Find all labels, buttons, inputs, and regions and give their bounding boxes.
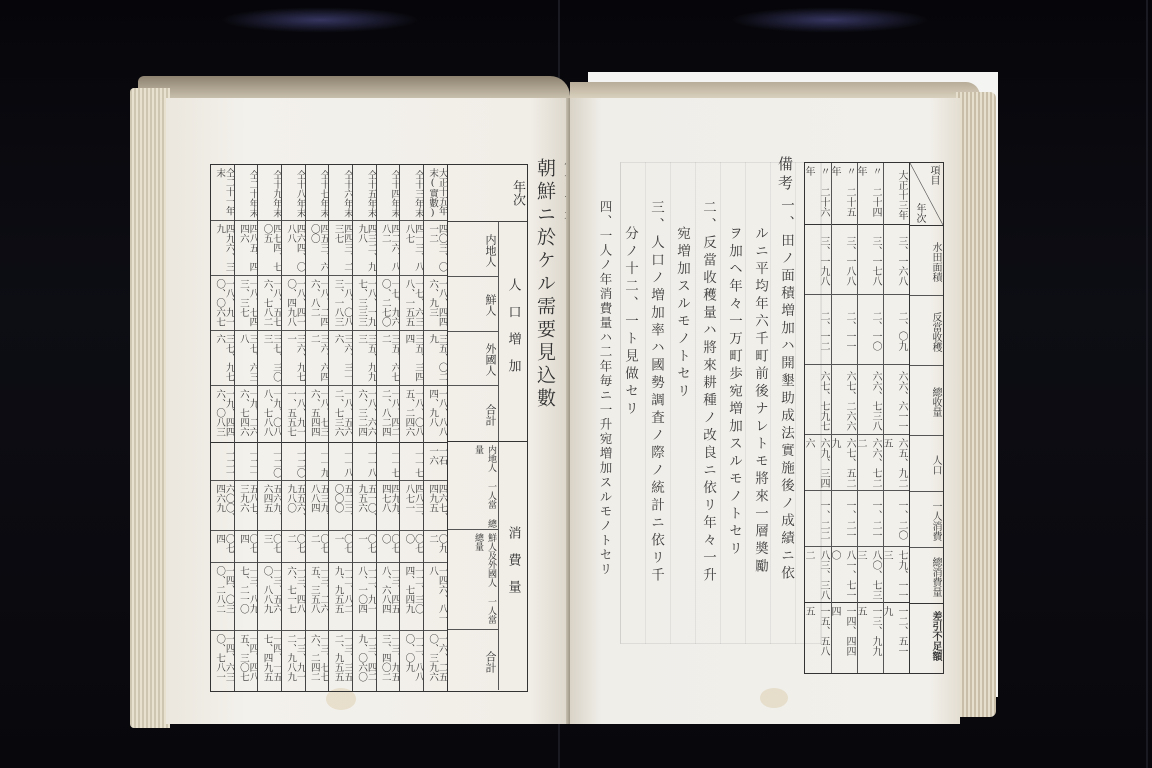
year-column: 仝十五年末 四三二、九九八 一八、一九七、三三三 三五、九九三 一八、六六六、三…: [352, 165, 376, 691]
row-header-yield: 反當收穫: [910, 296, 943, 366]
gaikoku-cell: 三七、六三八: [235, 331, 258, 386]
consumption-cell: 八一、七一〇: [832, 547, 857, 603]
consumption-total-cell: 一三、九一二、九八九: [282, 631, 305, 691]
consumption-cell: 八〇、七三三: [858, 547, 883, 603]
harvest-cell: 六六、七三八: [858, 365, 883, 435]
population-consumption-table: 年次 人口増加 内地人 鮮人 外國人 合計 消費量 内地人 一人當 總量 鮮人及…: [210, 164, 528, 692]
naichi-total-cell: 四九九、四七八: [377, 481, 400, 531]
notes-section: 備考 一、田ノ面積増加ハ開墾助成法實施後ノ成績ニ依 ルニ平均年六千町前後ナレトモ…: [596, 156, 796, 676]
senjin-per-capita-cell: 〇七〇: [400, 531, 423, 563]
gaikoku-cell: 三六、九七一: [282, 331, 305, 386]
deficit-cell: 一三、九九五: [858, 603, 883, 663]
year-column: 〃 二十五年 三、一八八 二、一一 六七、二六六 六七、五二九 一、二一 八一、…: [831, 163, 857, 673]
consumption-group-label: 消費量: [498, 442, 527, 690]
table-title-text: 朝鮮ニ於ケル需要見込數: [534, 158, 556, 411]
naichi-per-capita-cell: 一二〇: [258, 443, 281, 481]
pop-total-cell: 一八、九一一、五五七: [282, 386, 305, 443]
deficit-cell: 一五、五八五: [805, 603, 831, 663]
naichi-total-cell: 五一〇、九五六: [353, 481, 376, 531]
page-stack-right: [956, 92, 996, 717]
naichi-total-cell: 五三九、八八四: [306, 481, 329, 531]
pop-total-cell: 一八、八八四、九八: [424, 386, 447, 443]
deficit-cell: 一四、四四四: [832, 603, 857, 663]
senjin-cell: 一八、四一〇、四九八: [282, 276, 305, 331]
naichi-total-cell: 四八三、八七一: [400, 481, 423, 531]
header-naichi: 内地人: [448, 222, 498, 277]
naichi-cell: 四九六、三九: [211, 221, 234, 276]
consumption-cell: 七九、一一三: [884, 547, 909, 603]
naichi-cell: 四三二、九九八: [353, 221, 376, 276]
header-population-group: 人口増加 内地人 鮮人 外國人 合計: [448, 222, 527, 442]
naichi-per-capita-cell: 一一八: [329, 443, 352, 481]
note-line: 一、田ノ面積増加ハ開墾助成法實施後ノ成績ニ依: [776, 198, 796, 668]
pop-total-cell: 一八、六六六、三二四: [353, 386, 376, 443]
senjin-per-capita-cell: 〇七一: [353, 531, 376, 563]
harvest-cell: 六七、七九七: [805, 365, 831, 435]
year-cell: 仝二十一年末: [211, 165, 234, 221]
year-cell: 仝十四年末: [377, 165, 400, 221]
senjin-cell: 一八、九一〇、〇六七: [211, 276, 234, 331]
year-cell: 仝二十年末: [235, 165, 258, 221]
pop-total-cell: 一八、五六二、七三六: [329, 386, 352, 443]
year-column: 〃 二十六年 三、一九八 二、一二 六七、七九七 六九、三四六 一、二二 八三、…: [805, 163, 831, 673]
naichi-per-capita-cell: 一二一: [235, 443, 258, 481]
naichi-cell: 四四三、二三七: [329, 221, 352, 276]
senjin-per-capita-cell: 〇七四: [235, 531, 258, 563]
naichi-total-cell: 五二三、〇〇〇: [329, 481, 352, 531]
header-year: 年次: [448, 165, 527, 222]
population-cell: 六六、七二二: [858, 435, 883, 491]
consumption-total-cell: 一四、一五七、四九五: [258, 631, 281, 691]
consumption-total-cell: 一三、四二九、〇六〇: [353, 631, 376, 691]
yield-cell: 二、一〇: [858, 295, 883, 365]
year-cell: 大正十三年: [884, 163, 909, 225]
harvest-cell: 六七、二六六: [832, 365, 857, 435]
header-consumption-total: 合計: [448, 630, 498, 690]
note-line: 三、人口ノ増加率ハ國勢調査ノ際ノ統計ニ依リ千: [646, 200, 666, 670]
pop-total-cell: 一九、〇八八、七八八: [258, 386, 281, 443]
naichi-cell: 四〇三、〇一二: [424, 221, 447, 276]
gaikoku-cell: 三七、九七六: [211, 331, 234, 386]
naichi-total-cell: 四六七、四九五: [424, 481, 447, 531]
header-senjin-consumption: 鮮人及外國人 一人當 總量: [448, 530, 498, 630]
gaikoku-cell: 三五、三四四: [400, 331, 423, 386]
header-gaikoku: 外國人: [448, 332, 498, 387]
senjin-per-capita-cell: 〇七四: [211, 531, 234, 563]
naichi-per-capita-cell: 一二一: [211, 443, 234, 481]
header-naichi-consumption: 内地人 一人當 總量: [448, 442, 498, 530]
naichi-per-capita-cell: 一石 一六: [424, 443, 447, 481]
senjin-cell: 一八、五七六、七八二: [258, 276, 281, 331]
year-cell: 〃 二十四年: [858, 163, 883, 225]
pop-total-cell: 一八、四二二、八二四: [377, 386, 400, 443]
year-cell: 仝十九年末: [258, 165, 281, 221]
senjin-total-cell: 一三、二六五、三五八: [306, 563, 329, 631]
year-column: 大正十三年 三、一六八 二、〇九 六六、六一一 六五、九二五 一、二〇 七九、一…: [883, 163, 909, 673]
row-header-deficit: 差引不足額: [910, 604, 943, 664]
year-column: 仝十九年末 四七四、七〇五 一八、五七六、七八二 三七、三〇三 一九、〇八八、七…: [257, 165, 281, 691]
per-capita-cell: 一、二一: [858, 491, 883, 547]
naichi-per-capita-cell: 一一八: [353, 443, 376, 481]
row-header-per-capita: 一人消費: [910, 492, 943, 548]
senjin-cell: 一八、二四六、八二: [306, 276, 329, 331]
senjin-cell: 一八、七四三、三七: [235, 276, 258, 331]
open-book: 第二表 朝鮮ニ於ケル需要見込數 年次 人口増加 内地人 鮮人 外國人 合計 消費…: [130, 72, 1000, 732]
naichi-total-cell: 五八七、三九六: [235, 481, 258, 531]
senjin-per-capita-cell: 〇七二: [306, 531, 329, 563]
senjin-cell: 一七、九六〇、二七〇: [377, 276, 400, 331]
year-cell: 仝十六年末: [329, 165, 352, 221]
note-line: ルニ平均年六千町前後ナレトモ將來一層奬勵: [750, 226, 770, 666]
note-line: 分ノ十二、一ト見做セリ: [620, 226, 640, 736]
pop-total-cell: 一九、四四六、〇八三: [211, 386, 234, 443]
senjin-total-cell: 一三、八九七、二一〇: [235, 563, 258, 631]
consumption-total-cell: 一六、二五〇、三九六: [424, 631, 447, 691]
area-cell: 三、一七八: [858, 225, 883, 295]
senjin-total-cell: 一三、五六〇、八八九: [258, 563, 281, 631]
row-header-total-consumption: 總消費量: [910, 548, 943, 604]
gaikoku-cell: 三六、三一六: [329, 331, 352, 386]
harvest-cell: 六六、六一一: [884, 365, 909, 435]
senjin-total-cell: 一二、九一八、一〇四: [353, 563, 376, 631]
note-line: 四、一人ノ年消費量ハ二年毎ニ一升宛増加スルモノトセリ: [596, 200, 614, 700]
senjin-cell: 一七、六三八、一五五: [400, 276, 423, 331]
year-column: 仝二十一年末 四九六、三九 一八、九一〇、〇六七 三七、九七六 一九、四四六、〇…: [211, 165, 234, 691]
year-cell: 仝十八年末: [282, 165, 305, 221]
senjin-total-cell: 一四六、八一八: [424, 563, 447, 631]
row-header-total-harvest: 總收量: [910, 366, 943, 436]
area-cell: 三、一九八: [805, 225, 831, 295]
consumption-total-cell: 一四、六三〇、七八一: [211, 631, 234, 691]
row-header-population: 人口: [910, 436, 943, 492]
per-capita-cell: 一、二二: [805, 491, 831, 547]
rice-supply-table: 項目 年次 水田面積 反當收穫 總收量 人口 一人消費 總消費量 差引不足額 大…: [804, 162, 944, 674]
year-column: 大正十五年末(實數) 四〇三、〇一二 一八、四四六、九三 三五、〇二九 一八、八…: [423, 165, 447, 691]
year-column: 仝十四年末 四二六、八八二 一七、九六〇、二七〇 三五、六七二 一八、四二二、八…: [376, 165, 400, 691]
senjin-per-capita-cell: 〇七三: [258, 531, 281, 563]
senjin-per-capita-cell: 〇九二: [424, 531, 447, 563]
population-cell: 六九、三四六: [805, 435, 831, 491]
year-column: 仝十六年末 四四三、二三七 一八、〇八三、一八三 三六、三一六 一八、五六二、七…: [328, 165, 352, 691]
year-cell: 仝十七年末: [306, 165, 329, 221]
pop-total-cell: 一八、〇八五、二四六: [400, 386, 423, 443]
header-consumption-group: 消費量 内地人 一人當 總量 鮮人及外國人 一人當 總量 合計: [448, 442, 527, 690]
area-cell: 三、一八八: [832, 225, 857, 295]
left-page: 第二表 朝鮮ニ於ケル需要見込數 年次 人口増加 内地人 鮮人 外國人 合計 消費…: [166, 98, 570, 724]
year-column: 〃 二十四年 三、一七八 二、一〇 六六、七三八 六六、七二二 一、二一 八〇、…: [857, 163, 883, 673]
senjin-total-cell: 一三、四八六、七一七: [282, 563, 305, 631]
population-group-label: 人口増加: [498, 222, 527, 441]
year-column: 仝二十年末 四八五、四四六 一八、七四三、三七 三七、六三八 一九、二六六、七四…: [234, 165, 258, 691]
gaikoku-cell: 三五、六七二: [377, 331, 400, 386]
yield-cell: 二、〇九: [884, 295, 909, 365]
yield-cell: 二、一一: [832, 295, 857, 365]
naichi-cell: 四六四、〇八八: [282, 221, 305, 276]
year-column: 仝十八年末 四六四、〇八八 一八、四一〇、四九八 三六、九七一 一八、九一一、五…: [281, 165, 305, 691]
senjin-cell: 一八、〇八三、一八三: [329, 276, 352, 331]
senjin-total-cell: 一二、八二九、九五五: [329, 563, 352, 631]
naichi-cell: 四二六、八八二: [377, 221, 400, 276]
consumption-total-cell: 一二、八八〇、〇九: [400, 631, 423, 691]
naichi-per-capita-cell: 一一九: [306, 443, 329, 481]
consumption-total-cell: 一三、三五二、九五五: [329, 631, 352, 691]
naichi-total-cell: 五六九、六四五: [258, 481, 281, 531]
header-senjin: 鮮人: [448, 277, 498, 332]
year-cell: 仝十三年末: [400, 165, 423, 221]
naichi-cell: 四七四、七〇五: [258, 221, 281, 276]
population-cell: 六五、九二五: [884, 435, 909, 491]
header-pop-total: 合計: [448, 386, 498, 441]
page-stack-left: [130, 88, 170, 728]
senjin-cell: 一八、一九七、三三三: [353, 276, 376, 331]
paper-stain: [760, 688, 788, 708]
gaikoku-cell: 三六、六四二: [306, 331, 329, 386]
note-line: 二、反當收穫量ハ將來耕種ノ改良ニ依リ年々一升: [698, 200, 718, 670]
senjin-total-cell: 一二、三〇四、七四九: [400, 563, 423, 631]
per-capita-cell: 一、二一: [832, 491, 857, 547]
naichi-cell: 四五三、六〇〇: [306, 221, 329, 276]
pop-total-cell: 一八、七三六、五四四: [306, 386, 329, 443]
naichi-total-cell: 五五六、九八〇: [282, 481, 305, 531]
year-cell: 仝十五年末: [353, 165, 376, 221]
senjin-total-cell: 一四、〇三〇、二八二: [211, 563, 234, 631]
row-header-column: 項目 年次 水田面積 反當收穫 總收量 人口 一人消費 總消費量 差引不足額: [909, 163, 943, 673]
deficit-cell: 一二、五一九: [884, 603, 909, 663]
population-cell: 六七、五二九: [832, 435, 857, 491]
pop-total-cell: 一九、二六六、七四六: [235, 386, 258, 443]
corner-item-label: 項目: [926, 165, 941, 185]
yield-cell: 二、一二: [805, 295, 831, 365]
header-corner: 項目 年次: [910, 163, 943, 226]
naichi-total-cell: 六〇〇、四六九: [211, 481, 234, 531]
senjin-cell: 一八、四四六、九三: [424, 276, 447, 331]
consumption-total-cell: 一三、七七六、二四二: [306, 631, 329, 691]
consumption-total-cell: 一四、四八五、三〇七: [235, 631, 258, 691]
naichi-per-capita-cell: 一二〇: [282, 443, 305, 481]
naichi-per-capita-cell: 一一七: [377, 443, 400, 481]
row-header-area: 水田面積: [910, 226, 943, 296]
year-cell: 大正十五年末(實數): [424, 165, 447, 221]
year-column: 仝十三年末 四一三、八八七 一七、六三八、一五五 三五、三四四 一八、〇八五、二…: [399, 165, 423, 691]
year-column: 仝十七年末 四五三、六〇〇 一八、二四六、八二 三六、六四二 一八、七三六、五四…: [305, 165, 329, 691]
naichi-per-capita-cell: 一一七: [400, 443, 423, 481]
senjin-per-capita-cell: 〇七二: [282, 531, 305, 563]
year-cell: 〃 二十五年: [832, 163, 857, 225]
naichi-cell: 四一三、八八七: [400, 221, 423, 276]
table-header-column: 年次 人口増加 内地人 鮮人 外國人 合計 消費量 内地人 一人當 總量 鮮人及…: [447, 165, 527, 691]
display-frame-edge: [1146, 0, 1148, 768]
senjin-per-capita-cell: 〇七〇: [377, 531, 400, 563]
consumption-cell: 八三、三八二: [805, 547, 831, 603]
year-cell: 〃 二十六年: [805, 163, 831, 225]
naichi-cell: 四八五、四四六: [235, 221, 258, 276]
per-capita-cell: 一、二〇: [884, 491, 909, 547]
consumption-total-cell: 一三、九五三、四〇二: [377, 631, 400, 691]
senjin-total-cell: 一三、四五八、六八四: [377, 563, 400, 631]
note-line: ヲ加ヘ年々一万町歩宛増加スルモノトセリ: [724, 226, 744, 666]
senjin-per-capita-cell: 〇七一: [329, 531, 352, 563]
gaikoku-cell: 三五、〇二九: [424, 331, 447, 386]
gaikoku-cell: 三五、九九三: [353, 331, 376, 386]
corner-year-label: 年次: [912, 203, 927, 223]
gaikoku-cell: 三七、三〇三: [258, 331, 281, 386]
note-line: 宛増加スルモノトセリ: [672, 226, 692, 736]
area-cell: 三、一六八: [884, 225, 909, 295]
